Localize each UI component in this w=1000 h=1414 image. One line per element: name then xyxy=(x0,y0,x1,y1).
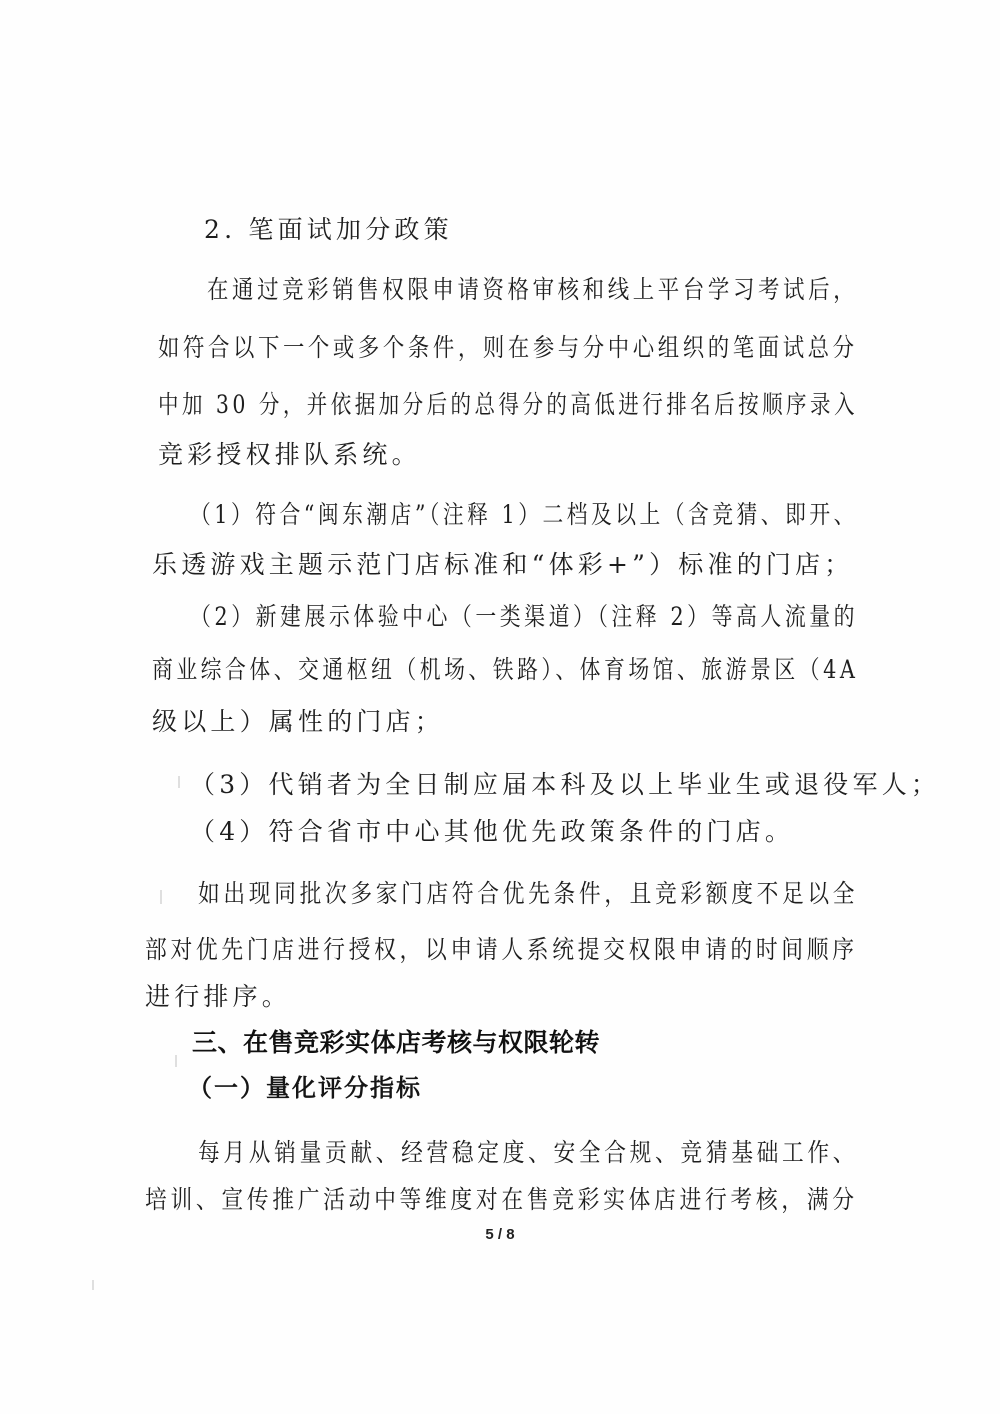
page-number: 5 / 8 xyxy=(0,1226,1000,1243)
paragraph-line: 如符合以下一个或多个条件，则在参与分中心组织的笔面试总分 xyxy=(158,333,858,363)
condition-item-2-cont: 级以上）属性的门店； xyxy=(152,707,444,737)
condition-item-1: （1）符合“闽东潮店”（注释 1）二档及以上（含竞猜、即开、 xyxy=(190,500,858,530)
condition-item-2-cont: 商业综合体、交通枢纽（机场、铁路）、体育场馆、旅游景区（4A xyxy=(152,655,858,685)
paragraph-line: 进行排序。 xyxy=(145,982,291,1012)
condition-item-3: （3）代销者为全日制应届本科及以上毕业生或退役军人； xyxy=(190,770,940,800)
scan-artifact xyxy=(175,1055,177,1067)
paragraph-line: 培训、宣传推广活动中等维度对在售竞彩实体店进行考核，满分 xyxy=(145,1185,858,1215)
section-heading-store-assessment: 三、在售竞彩实体店考核与权限轮转 xyxy=(192,1028,600,1058)
section-heading-bonus-policy: 2. 笔面试加分政策 xyxy=(204,215,453,245)
condition-item-1-cont: 乐透游戏主题示范门店标准和“体彩+”）标准的门店； xyxy=(152,550,854,580)
paragraph-line: 如出现同批次多家门店符合优先条件，且竞彩额度不足以全 xyxy=(198,879,858,909)
paragraph-line: 中加 30 分，并依据加分后的总得分的高低进行排名后按顺序录入 xyxy=(158,390,858,420)
scan-artifact xyxy=(160,890,162,904)
subsection-heading-scoring-indicators: （一）量化评分指标 xyxy=(188,1073,422,1103)
document-page: 2. 笔面试加分政策 在通过竞彩销售权限申请资格审核和线上平台学习考试后， 如符… xyxy=(0,0,1000,1414)
paragraph-line: 在通过竞彩销售权限申请资格审核和线上平台学习考试后， xyxy=(207,275,858,305)
paragraph-line: 部对优先门店进行授权，以申请人系统提交权限申请的时间顺序 xyxy=(145,935,858,965)
scan-artifact xyxy=(178,776,180,788)
scan-artifact xyxy=(92,1280,94,1290)
condition-item-4: （4）符合省市中心其他优先政策条件的门店。 xyxy=(190,817,794,847)
paragraph-line: 竞彩授权排队系统。 xyxy=(158,440,421,470)
paragraph-line: 每月从销量贡献、经营稳定度、安全合规、竞猜基础工作、 xyxy=(198,1138,858,1168)
condition-item-2: （2）新建展示体验中心（一类渠道）（注释 2）等高人流量的 xyxy=(190,602,858,632)
